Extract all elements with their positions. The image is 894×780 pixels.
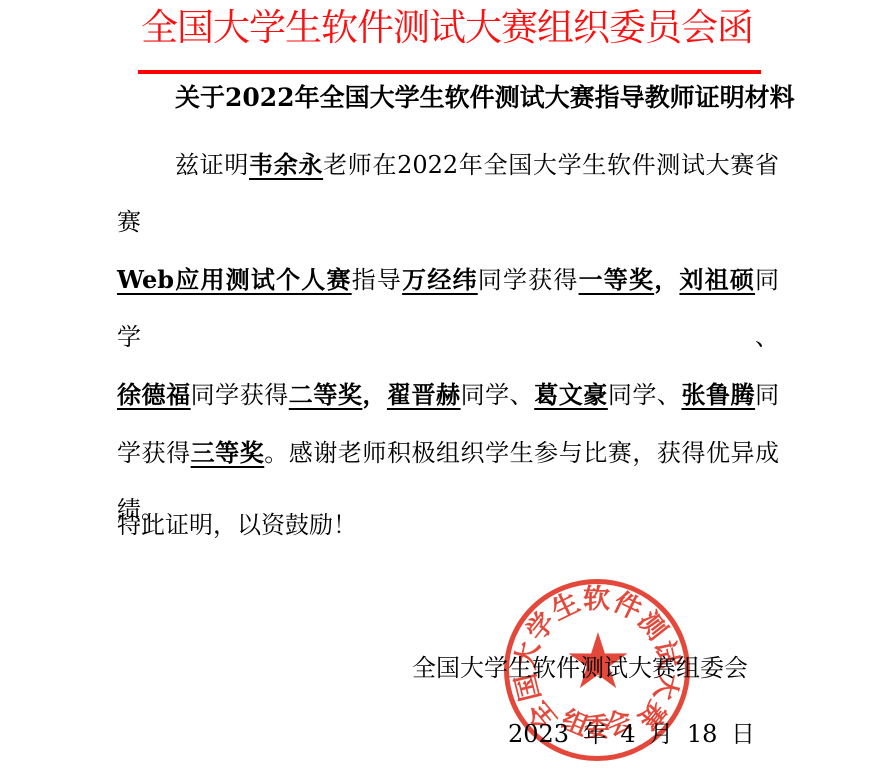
emphasized-name: 葛文豪 (534, 380, 608, 409)
emphasized-name: 翟晋赫 (387, 380, 461, 409)
letter-title: 全国大学生软件测试大赛组织委员会函 (0, 4, 894, 52)
body-text: 同 (755, 381, 779, 409)
body-text: 同学、 (608, 381, 682, 409)
emphasized-name: 韦余永 (249, 150, 323, 179)
official-seal: 全国大学生软件测试大赛 组委会 (501, 576, 693, 764)
subject-heading: 关于2022年全国大学生软件测试大赛指导教师证明材料 (175, 83, 795, 113)
body-text: 指导 (352, 266, 402, 294)
body-line: 兹证明韦余永老师在2022年全国大学生软件测试大赛省赛 (117, 136, 779, 251)
emphasized-name: Web应用测试个人赛 (117, 265, 352, 294)
letter-body: 兹证明韦余永老师在2022年全国大学生软件测试大赛省赛Web应用测试个人赛指导万… (117, 136, 779, 539)
emphasized-name: 二等奖 (289, 380, 363, 409)
closing-line: 特此证明，以资鼓励！ (117, 497, 357, 554)
emphasized-name: 三等奖 (191, 438, 265, 467)
emphasized-name: 徐德福 (117, 380, 191, 409)
emphasized-name: 张鲁腾 (681, 380, 755, 409)
body-text: 同学获得 (191, 381, 289, 409)
svg-text:组委会: 组委会 (557, 705, 637, 743)
emphasized-name: 万经纬 (402, 265, 478, 294)
letter-page: 全国大学生软件测试大赛组织委员会函 关于2022年全国大学生软件测试大赛指导教师… (0, 0, 894, 780)
emphasized-name: 一等奖 (579, 265, 655, 294)
body-text: ， (362, 380, 387, 409)
emphasized-name: 刘祖硕 (679, 265, 755, 294)
body-text: 同学获得 (478, 266, 579, 294)
body-line: Web应用测试个人赛指导万经纬同学获得一等奖，刘祖硕同学、 (117, 251, 779, 366)
body-text: 学获得 (117, 439, 191, 467)
body-text: 。感谢老师积极组织学生参与比赛，获得优异成 (264, 439, 779, 467)
body-line: 徐德福同学获得二等奖，翟晋赫同学、葛文豪同学、张鲁腾同 (117, 366, 779, 424)
body-line: 学获得三等奖。感谢老师积极组织学生参与比赛，获得优异成 (117, 424, 779, 482)
body-text: 兹证明 (175, 151, 249, 179)
seal-bottom-text: 组委会 (557, 705, 637, 743)
star-icon (569, 632, 628, 688)
body-text: 同学、 (461, 381, 535, 409)
red-divider (138, 70, 761, 74)
body-text: ， (654, 265, 679, 294)
